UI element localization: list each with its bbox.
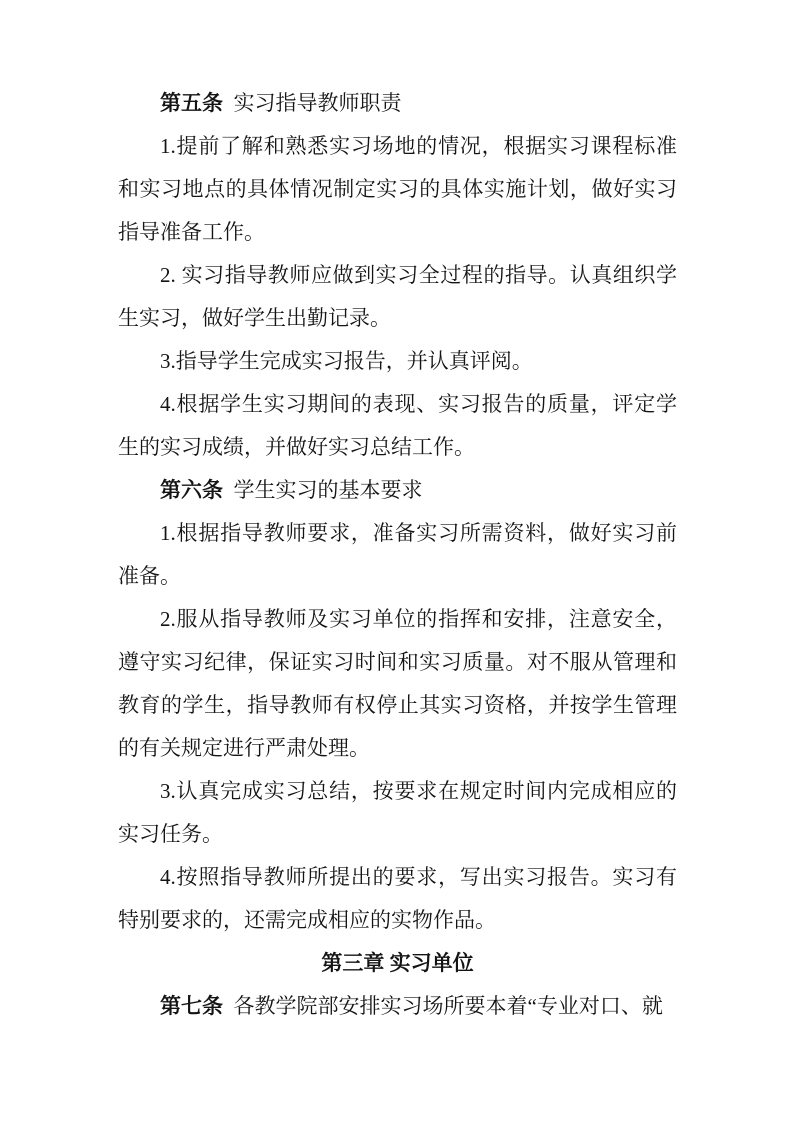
document-page: 第五条实习指导教师职责1.提前了解和熟悉实习场地的情况，根据实习课程标准和实习地… <box>0 0 793 1122</box>
article-title-text: 学生实习的基本要求 <box>234 478 423 502</box>
body-paragraph: 1.提前了解和熟悉实习场地的情况，根据实习课程标准和实习地点的具体情况制定实习的… <box>118 125 677 254</box>
page: { "page": { "background_color": "#ffffff… <box>0 0 793 1122</box>
article-number: 第七条 <box>160 994 223 1018</box>
body-paragraph: 4.按照指导教师所提出的要求，写出实习报告。实习有特别要求的，还需完成相应的实物… <box>118 856 677 942</box>
body-paragraph: 3.指导学生完成实习报告，并认真评阅。 <box>118 340 677 383</box>
chapter-heading: 第三章 实习单位 <box>118 942 677 985</box>
document-content: 第五条实习指导教师职责1.提前了解和熟悉实习场地的情况，根据实习课程标准和实习地… <box>118 82 677 1028</box>
article-paragraph: 第五条实习指导教师职责 <box>118 82 677 125</box>
body-paragraph: 2. 实习指导教师应做到实习全过程的指导。认真组织学生实习，做好学生出勤记录。 <box>118 254 677 340</box>
article-number: 第五条 <box>160 91 223 115</box>
article-title-text: 实习指导教师职责 <box>234 91 402 115</box>
body-paragraph: 4.根据学生实习期间的表现、实习报告的质量，评定学生的实习成绩，并做好实习总结工… <box>118 383 677 469</box>
article-paragraph: 第六条学生实习的基本要求 <box>118 469 677 512</box>
body-paragraph: 1.根据指导教师要求，准备实习所需资料，做好实习前准备。 <box>118 512 677 598</box>
article-number: 第六条 <box>160 478 223 502</box>
article-paragraph: 第七条各教学院部安排实习场所要本着“专业对口、就 <box>118 985 677 1028</box>
body-paragraph: 3.认真完成实习总结，按要求在规定时间内完成相应的实习任务。 <box>118 770 677 856</box>
article-title-text: 各教学院部安排实习场所要本着“专业对口、就 <box>234 994 663 1018</box>
body-paragraph: 2.服从指导教师及实习单位的指挥和安排，注意安全，遵守实习纪律，保证实习时间和实… <box>118 598 677 770</box>
